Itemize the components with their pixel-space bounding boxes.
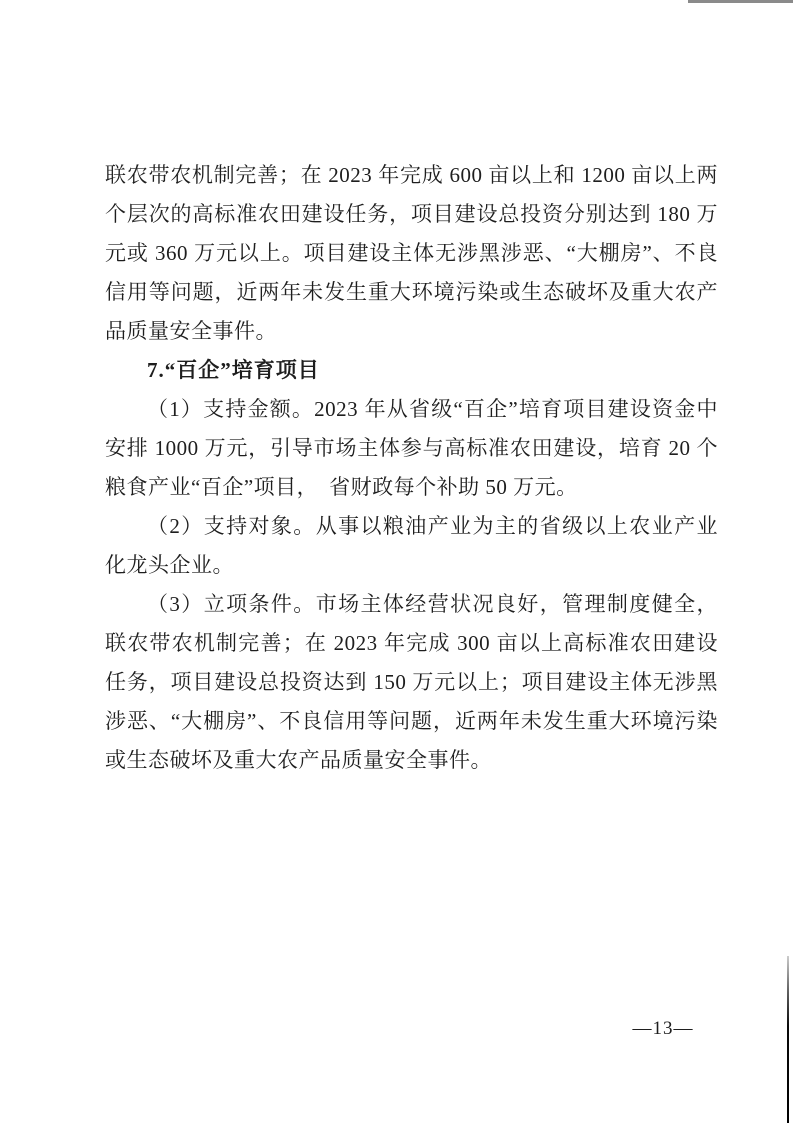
text-line: （3）立项条件。市场主体经营状况良好，管理制度健全， (105, 585, 718, 624)
text-line: 元或 360 万元以上。项目建设主体无涉黑涉恶、“大棚房”、不良 (105, 234, 718, 273)
paragraph-1-support-amount: （1）支持金额。2023 年从省级“百企”培育项目建设资金中 安排 1000 万… (105, 390, 718, 507)
document-text-block: 联农带农机制完善；在 2023 年完成 600 亩以上和 1200 亩以上两 个… (105, 156, 718, 780)
text-line: 任务，项目建设总投资达到 150 万元以上；项目建设主体无涉黑 (105, 663, 718, 702)
text-line: （2）支持对象。从事以粮油产业为主的省级以上农业产业 (105, 507, 718, 546)
text-line: 联农带农机制完善；在 2023 年完成 300 亩以上高标准农田建设 (105, 624, 718, 663)
paragraph-2-support-target: （2）支持对象。从事以粮油产业为主的省级以上农业产业 化龙头企业。 (105, 507, 718, 585)
text-line: 信用等问题，近两年未发生重大环境污染或生态破坏及重大农产 (105, 273, 718, 312)
scan-artifact-top-bar (688, 0, 793, 3)
text-line: （1）支持金额。2023 年从省级“百企”培育项目建设资金中 (105, 390, 718, 429)
text-line: 个层次的高标准农田建设任务，项目建设总投资分别达到 180 万 (105, 195, 718, 234)
text-line: 化龙头企业。 (105, 546, 718, 585)
section-heading-7: 7.“百企”培育项目 (105, 351, 718, 390)
document-page: 联农带农机制完善；在 2023 年完成 600 亩以上和 1200 亩以上两 个… (0, 0, 793, 1123)
text-line: 或生态破坏及重大农产品质量安全事件。 (105, 741, 718, 780)
heading-text: 7.“百企”培育项目 (105, 351, 718, 390)
text-line: 品质量安全事件。 (105, 312, 718, 351)
scan-artifact-right-edge-line (787, 956, 789, 1123)
paragraph-continuation: 联农带农机制完善；在 2023 年完成 600 亩以上和 1200 亩以上两 个… (105, 156, 718, 351)
paragraph-3-project-conditions: （3）立项条件。市场主体经营状况良好，管理制度健全， 联农带农机制完善；在 20… (105, 585, 718, 780)
text-line: 联农带农机制完善；在 2023 年完成 600 亩以上和 1200 亩以上两 (105, 156, 718, 195)
text-line: 粮食产业“百企”项目， 省财政每个补助 50 万元。 (105, 468, 718, 507)
page-number: —13— (618, 1016, 708, 1042)
text-line: 涉恶、“大棚房”、不良信用等问题，近两年未发生重大环境污染 (105, 702, 718, 741)
text-line: 安排 1000 万元，引导市场主体参与高标准农田建设，培育 20 个 (105, 429, 718, 468)
